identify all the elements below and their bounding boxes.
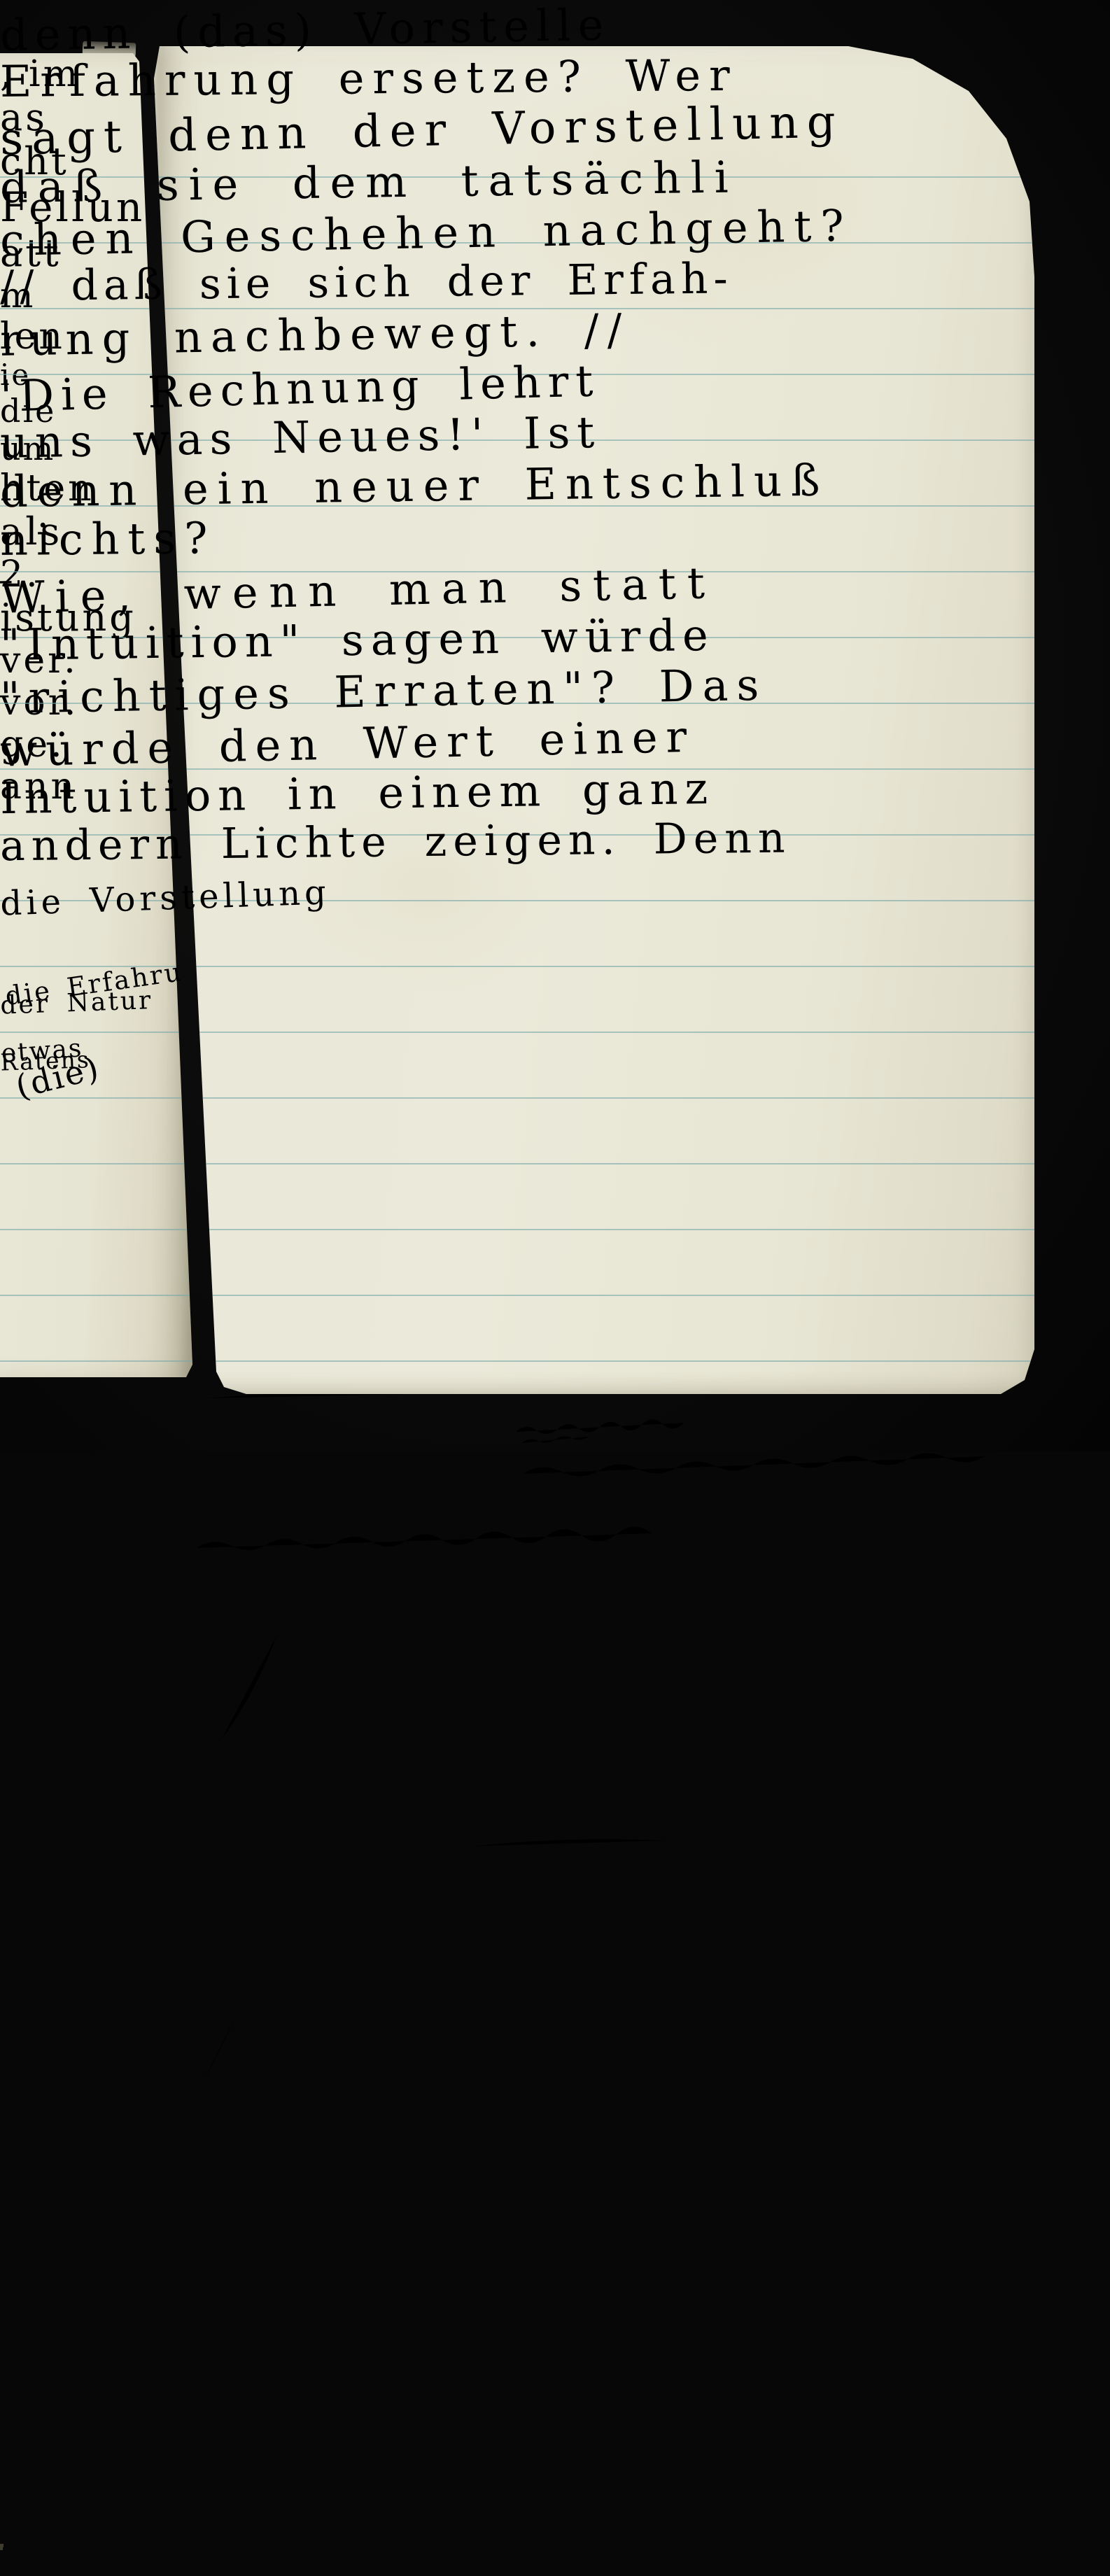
- photograph-background: , imaschtFellungattmleniedieumhtenals2.i…: [0, 0, 1110, 1451]
- wavy-underline-dem-2: [521, 1436, 589, 1443]
- handwriting-layer: denn (das) VorstelleErfahrung ersetze? W…: [0, 0, 1110, 865]
- wavy-underline-dem: [516, 1419, 684, 1434]
- page-fore-edge: [1023, 252, 1046, 1369]
